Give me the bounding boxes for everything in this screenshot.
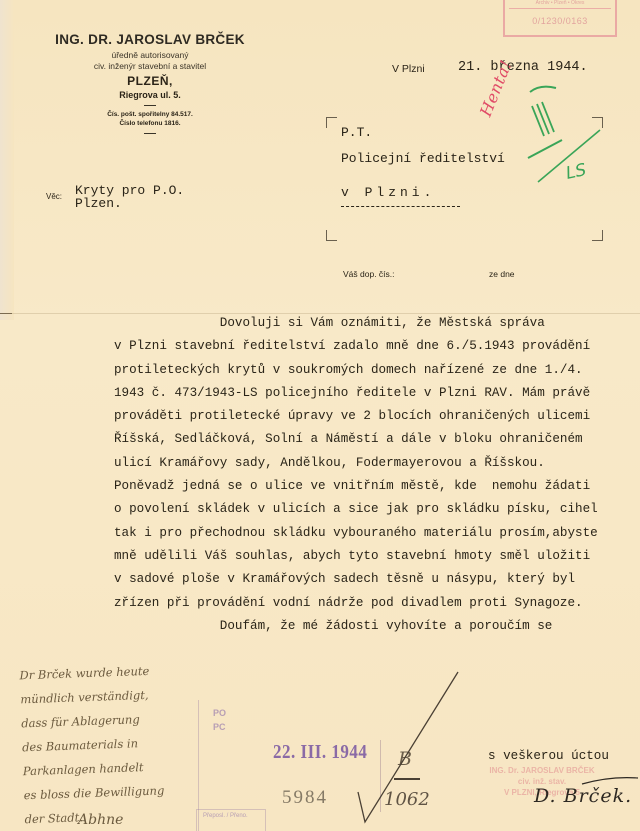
body-line: mně udělili Váš souhlas, abych tyto stav… bbox=[114, 545, 634, 568]
letterhead-title-2: civ. inženýr stavební a stavitel bbox=[20, 61, 280, 72]
body-line: v Plzni stavební ředitelství zadalo mně … bbox=[114, 335, 634, 358]
signature: D. Brček. bbox=[534, 785, 632, 807]
letterhead: ING. DR. JAROSLAV BRČEK úředně autorisov… bbox=[20, 32, 280, 138]
closing-phrase: s veškerou úctou bbox=[488, 749, 609, 763]
address-corner-mark bbox=[592, 230, 603, 241]
divider bbox=[144, 105, 156, 106]
body-line: Poněvadž jedná se o ulice ve vnitřním mě… bbox=[114, 475, 634, 498]
faded-line: PO bbox=[213, 706, 226, 720]
paper-edge bbox=[0, 0, 14, 320]
subject-text: Kryty pro P.O. Plzen. bbox=[75, 184, 184, 210]
body-line: ulicí Kramářovy sady, Andělkou, Fodermay… bbox=[114, 452, 634, 475]
archive-stamp-number: 0/1230/0163 bbox=[509, 16, 611, 26]
handwritten-margin-note: Dr Brček wurde heute mündlich verständig… bbox=[19, 657, 215, 831]
letter-body: Dovoluji si Vám oznámiti, že Městská spr… bbox=[114, 312, 634, 638]
subject-label: Věc: bbox=[46, 192, 62, 201]
divider bbox=[144, 133, 156, 134]
letterhead-phone: Číslo telefonu 1816. bbox=[20, 119, 280, 128]
body-line: Dovoluji si Vám oznámiti, že Městská spr… bbox=[114, 312, 634, 335]
body-line: protileteckých krytů v soukromých domech… bbox=[114, 359, 634, 382]
recipient-city: v Plzni. bbox=[341, 185, 435, 200]
letter-date: 21. března 1944. bbox=[458, 60, 588, 75]
body-line: o povolení skládek v ulicích a sice jak … bbox=[114, 498, 634, 521]
green-pencil-marks-icon bbox=[520, 78, 610, 198]
body-line: Říšská, Sedláčková, Solní a Náměstí a dá… bbox=[114, 428, 634, 451]
registration-stamp-faded-text: PO PC bbox=[213, 706, 226, 734]
fold-mark bbox=[0, 313, 12, 314]
checkmark-stroke-icon bbox=[320, 670, 460, 830]
letterhead-name: ING. DR. JAROSLAV BRČEK bbox=[20, 32, 280, 47]
letterhead-city: PLZEŇ, bbox=[20, 74, 280, 88]
body-line: tak i pro přechodnou skládku vybouraného… bbox=[114, 522, 634, 545]
forwarding-stamp: Přeposl. / Přeno. bbox=[196, 809, 266, 831]
reference-date-label: ze dne bbox=[489, 269, 515, 279]
body-line: prováděti protiletecké úpravy ve 2 blocí… bbox=[114, 405, 634, 428]
address-corner-mark bbox=[326, 117, 337, 128]
archive-stamp: Archiv • Plzeň • Okres 0/1230/0163 bbox=[503, 0, 617, 37]
letterhead-title-1: úředně autorisovaný bbox=[20, 50, 280, 61]
body-line: zřízen při provádění vodní nádrže pod di… bbox=[114, 592, 634, 615]
your-reference-label: Váš dop. čís.: bbox=[343, 269, 395, 279]
place-label: V Plzni bbox=[392, 63, 425, 75]
handwritten-abbreviation: Abhne bbox=[78, 812, 123, 828]
address-corner-mark bbox=[326, 230, 337, 241]
body-line: v sadové ploše v Kramářových sadech těsn… bbox=[114, 568, 634, 591]
letter-page: ING. DR. JAROSLAV BRČEK úředně autorisov… bbox=[0, 0, 640, 831]
signature-flourish-icon bbox=[580, 774, 640, 786]
archive-stamp-header: Archiv • Plzeň • Okres bbox=[509, 0, 611, 9]
body-line: Doufám, že mé žádosti vyhovíte a poroučí… bbox=[114, 615, 634, 638]
recipient-name: Policejní ředitelství bbox=[341, 151, 505, 166]
letterhead-savings-account: Čís. pošt. spořitelny 84.517. bbox=[20, 110, 280, 119]
body-line: 1943 č. 473/1943-LS policejního ředitele… bbox=[114, 382, 634, 405]
recipient-salutation: P.T. bbox=[341, 125, 372, 140]
letterhead-address: Riegrova ul. 5. bbox=[20, 90, 280, 100]
faded-line: PC bbox=[213, 720, 226, 734]
green-pencil-initials: LS bbox=[564, 160, 588, 184]
recipient-underline bbox=[341, 206, 460, 207]
